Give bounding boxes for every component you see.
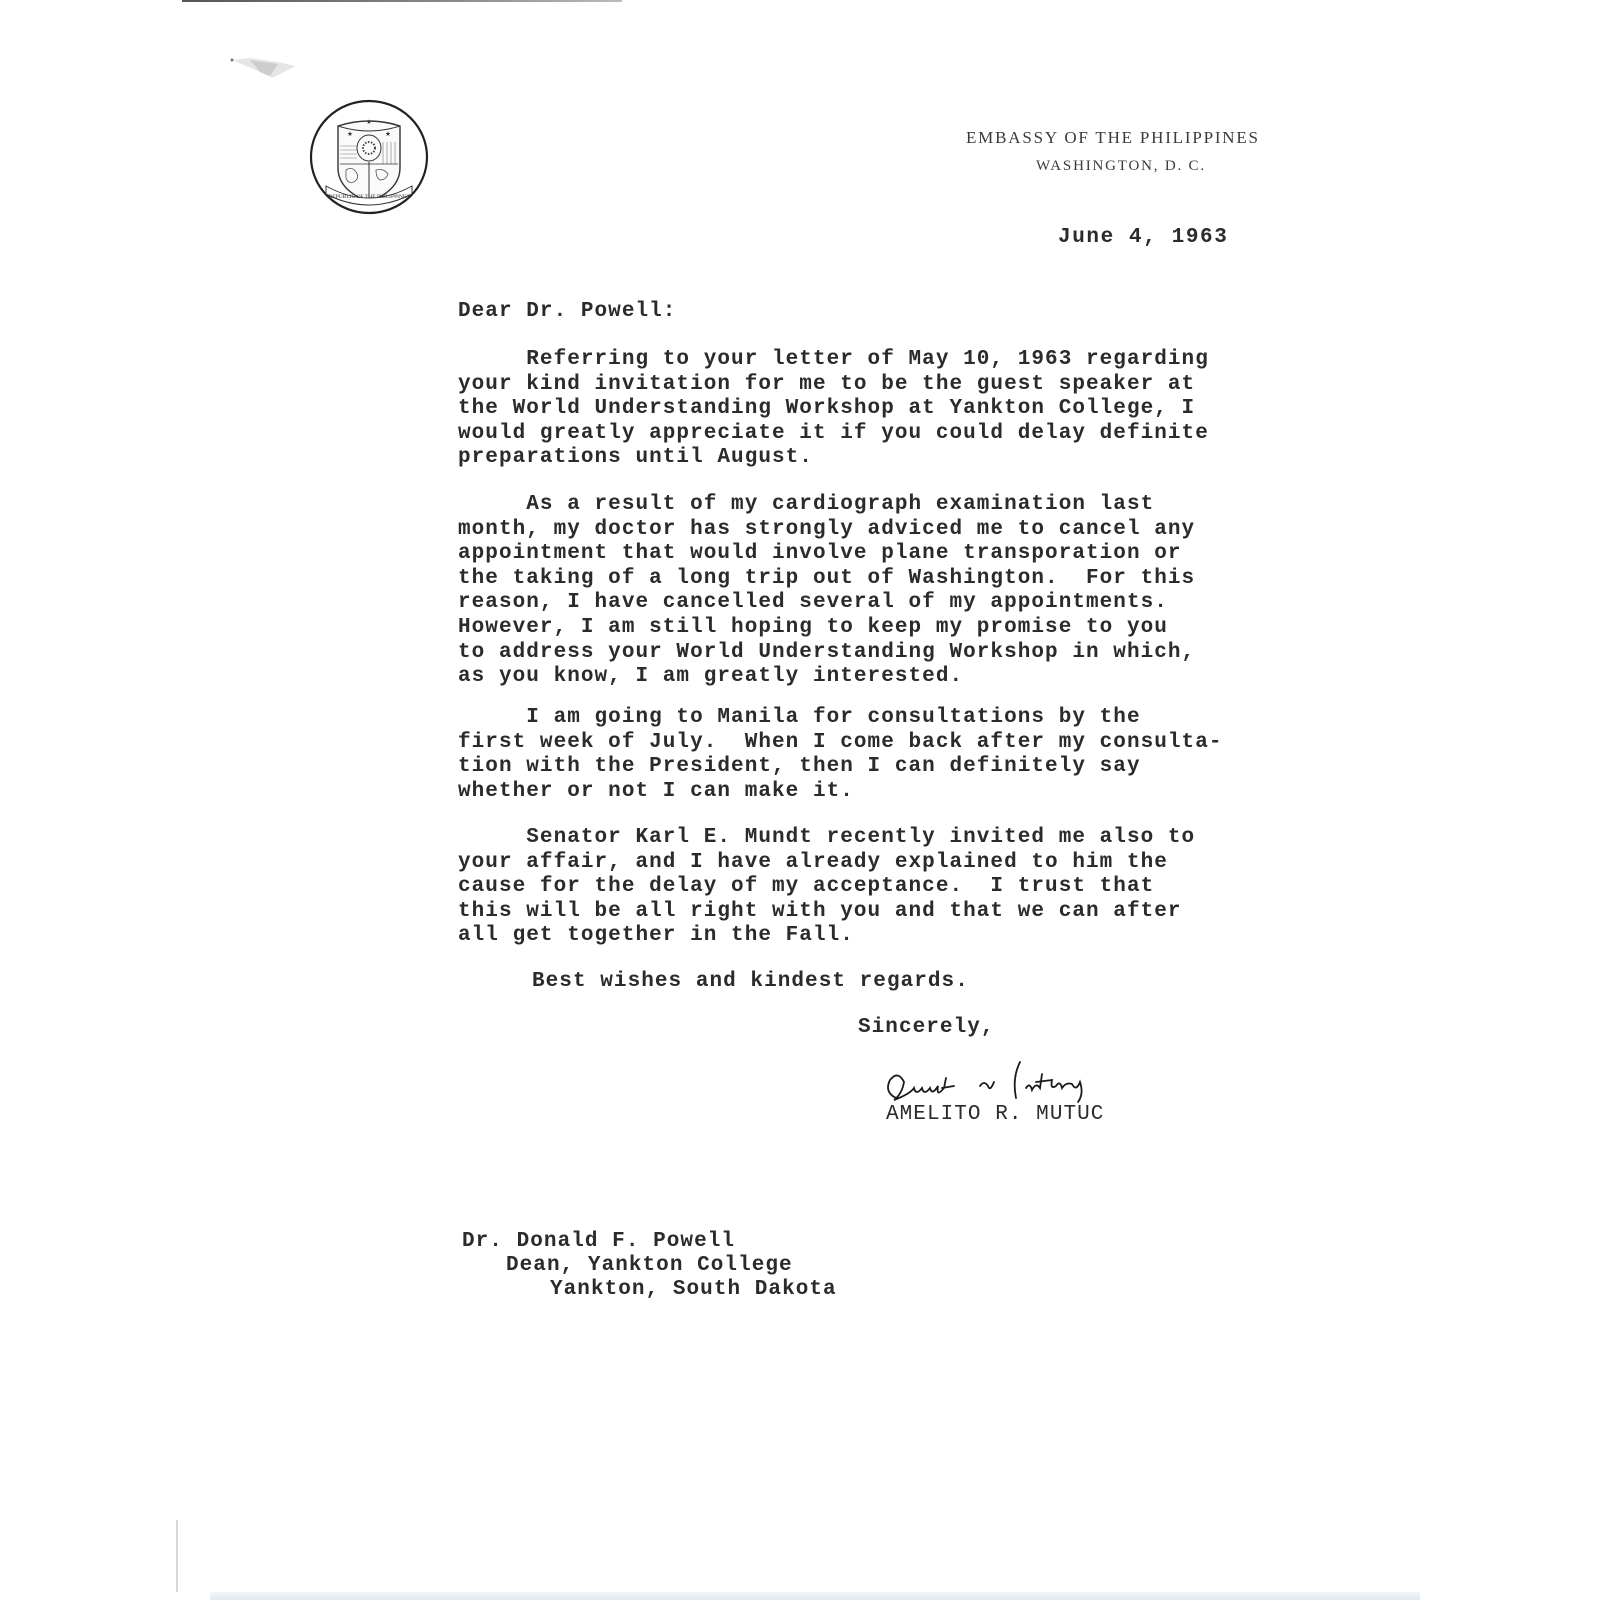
complimentary-close: Sincerely, xyxy=(858,1016,995,1041)
paragraph-line: reason, I have cancelled several of my a… xyxy=(458,591,1195,616)
svg-text:★: ★ xyxy=(366,117,372,127)
paragraph-line: tion with the President, then I can defi… xyxy=(458,755,1223,780)
signer-name: AMELITO R. MUTUC xyxy=(886,1103,1104,1128)
paragraph-line: preparations until August. xyxy=(458,446,1209,471)
paragraph-4: Senator Karl E. Mundt recently invited m… xyxy=(458,826,1195,949)
paragraph-line: I am going to Manila for consultations b… xyxy=(458,706,1223,731)
paragraph-line: the World Understanding Workshop at Yank… xyxy=(458,397,1209,422)
paragraph-line: whether or not I can make it. xyxy=(458,780,1223,805)
paragraph-line: cause for the delay of my acceptance. I … xyxy=(458,875,1195,900)
page-edge-left xyxy=(176,1520,178,1592)
salutation: Dear Dr. Powell: xyxy=(458,300,676,325)
svg-text:★: ★ xyxy=(347,129,353,139)
paragraph-3: I am going to Manila for consultations b… xyxy=(458,706,1223,804)
paragraph-line: would greatly appreciate it if you could… xyxy=(458,422,1209,447)
paragraph-line: first week of July. When I come back aft… xyxy=(458,731,1223,756)
page-edge-top xyxy=(182,0,622,2)
paper-smudge xyxy=(230,52,300,82)
embassy-city: WASHINGTON, D. C. xyxy=(1036,158,1206,175)
closing-line: Best wishes and kindest regards. xyxy=(532,970,969,995)
recipient-location: Yankton, South Dakota xyxy=(550,1278,837,1303)
svg-text:REPUBLIC OF THE PHILIPPINES: REPUBLIC OF THE PHILIPPINES xyxy=(329,194,410,200)
embassy-name: EMBASSY OF THE PHILIPPINES xyxy=(966,128,1260,148)
paragraph-line: month, my doctor has strongly adviced me… xyxy=(458,518,1195,543)
paragraph-line: to address your World Understanding Work… xyxy=(458,641,1195,666)
paragraph-line: as you know, I am greatly interested. xyxy=(458,665,1195,690)
paragraph-line: all get together in the Fall. xyxy=(458,924,1195,949)
paragraph-2: As a result of my cardiograph examinatio… xyxy=(458,493,1195,690)
paragraph-line: However, I am still hoping to keep my pr… xyxy=(458,616,1195,641)
recipient-name: Dr. Donald F. Powell xyxy=(462,1230,735,1255)
paragraph-line: As a result of my cardiograph examinatio… xyxy=(458,493,1195,518)
paragraph-line: Senator Karl E. Mundt recently invited m… xyxy=(458,826,1195,851)
letter-date: June 4, 1963 xyxy=(1058,226,1228,251)
paragraph-line: this will be all right with you and that… xyxy=(458,900,1195,925)
paragraph-1: Referring to your letter of May 10, 1963… xyxy=(458,348,1209,471)
paragraph-line: Referring to your letter of May 10, 1963… xyxy=(458,348,1209,373)
paragraph-line: your kind invitation for me to be the gu… xyxy=(458,373,1209,398)
paragraph-line: the taking of a long trip out of Washing… xyxy=(458,567,1195,592)
recipient-title: Dean, Yankton College xyxy=(506,1254,793,1279)
page-edge-bottom xyxy=(210,1592,1420,1600)
philippine-seal-icon: ★ ★ ★ REPUBLIC OF THE PHILIPPINES xyxy=(308,98,430,216)
paragraph-line: appointment that would involve plane tra… xyxy=(458,542,1195,567)
paragraph-line: your affair, and I have already explaine… xyxy=(458,851,1195,876)
svg-text:★: ★ xyxy=(385,129,391,139)
